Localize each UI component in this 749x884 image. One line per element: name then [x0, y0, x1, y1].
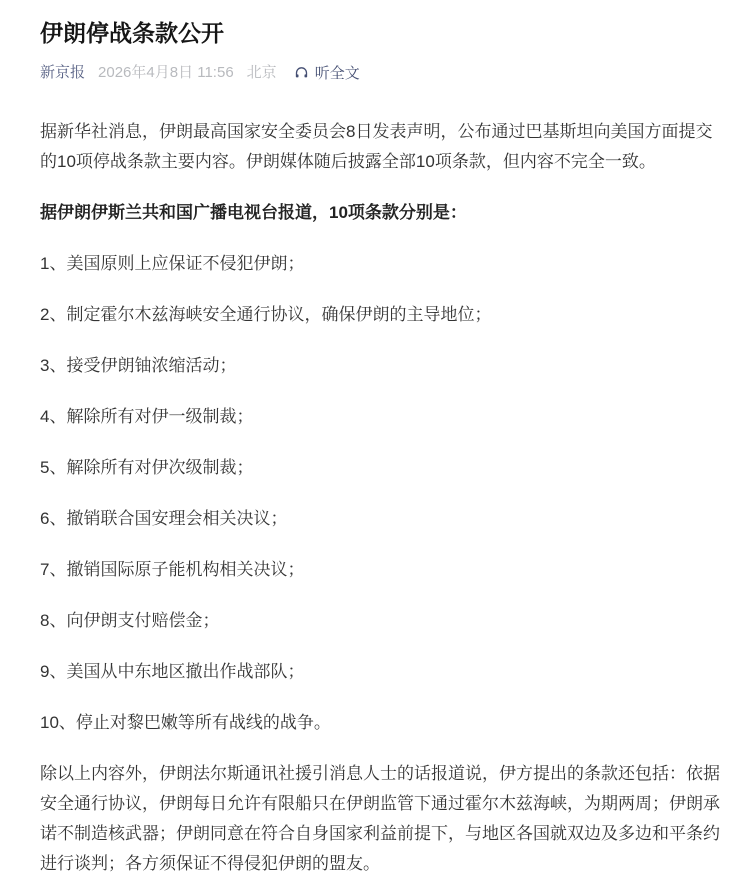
closing-paragraph: 除以上内容外，伊朗法尔斯通讯社援引消息人士的话报道说，伊方提出的条款还包括：依据… [40, 759, 728, 879]
headphones-icon [294, 65, 309, 80]
source-link[interactable]: 新京报 [40, 63, 85, 83]
term-item-10: 10、停止对黎巴嫩等所有战线的战争。 [40, 708, 728, 738]
listen-button[interactable]: 听全文 [294, 62, 360, 83]
term-item-2: 2、制定霍尔木兹海峡安全通行协议，确保伊朗的主导地位； [40, 300, 728, 330]
publish-datetime: 2026年4月8日 11:56 [98, 63, 234, 83]
term-item-6: 6、撤销联合国安理会相关决议； [40, 504, 728, 534]
term-item-4: 4、解除所有对伊一级制裁； [40, 402, 728, 432]
term-item-7: 7、撤销国际原子能机构相关决议； [40, 555, 728, 585]
term-item-5: 5、解除所有对伊次级制裁； [40, 453, 728, 483]
intro-paragraph: 据新华社消息，伊朗最高国家安全委员会8日发表声明，公布通过巴基斯坦向美国方面提交… [40, 117, 728, 177]
term-item-1: 1、美国原则上应保证不侵犯伊朗； [40, 249, 728, 279]
publish-location: 北京 [247, 63, 277, 83]
listen-label: 听全文 [315, 62, 360, 83]
term-item-8: 8、向伊朗支付赔偿金； [40, 606, 728, 636]
byline: 新京报 2026年4月8日 11:56 北京 听全文 [40, 62, 728, 83]
term-item-3: 3、接受伊朗铀浓缩活动； [40, 351, 728, 381]
article-title: 伊朗停战条款公开 [40, 17, 728, 49]
term-item-9: 9、美国从中东地区撤出作战部队； [40, 657, 728, 687]
news-article: 伊朗停战条款公开 新京报 2026年4月8日 11:56 北京 听全文 据新华社… [0, 0, 749, 884]
list-heading: 据伊朗伊斯兰共和国广播电视台报道，10项条款分别是： [40, 198, 728, 228]
